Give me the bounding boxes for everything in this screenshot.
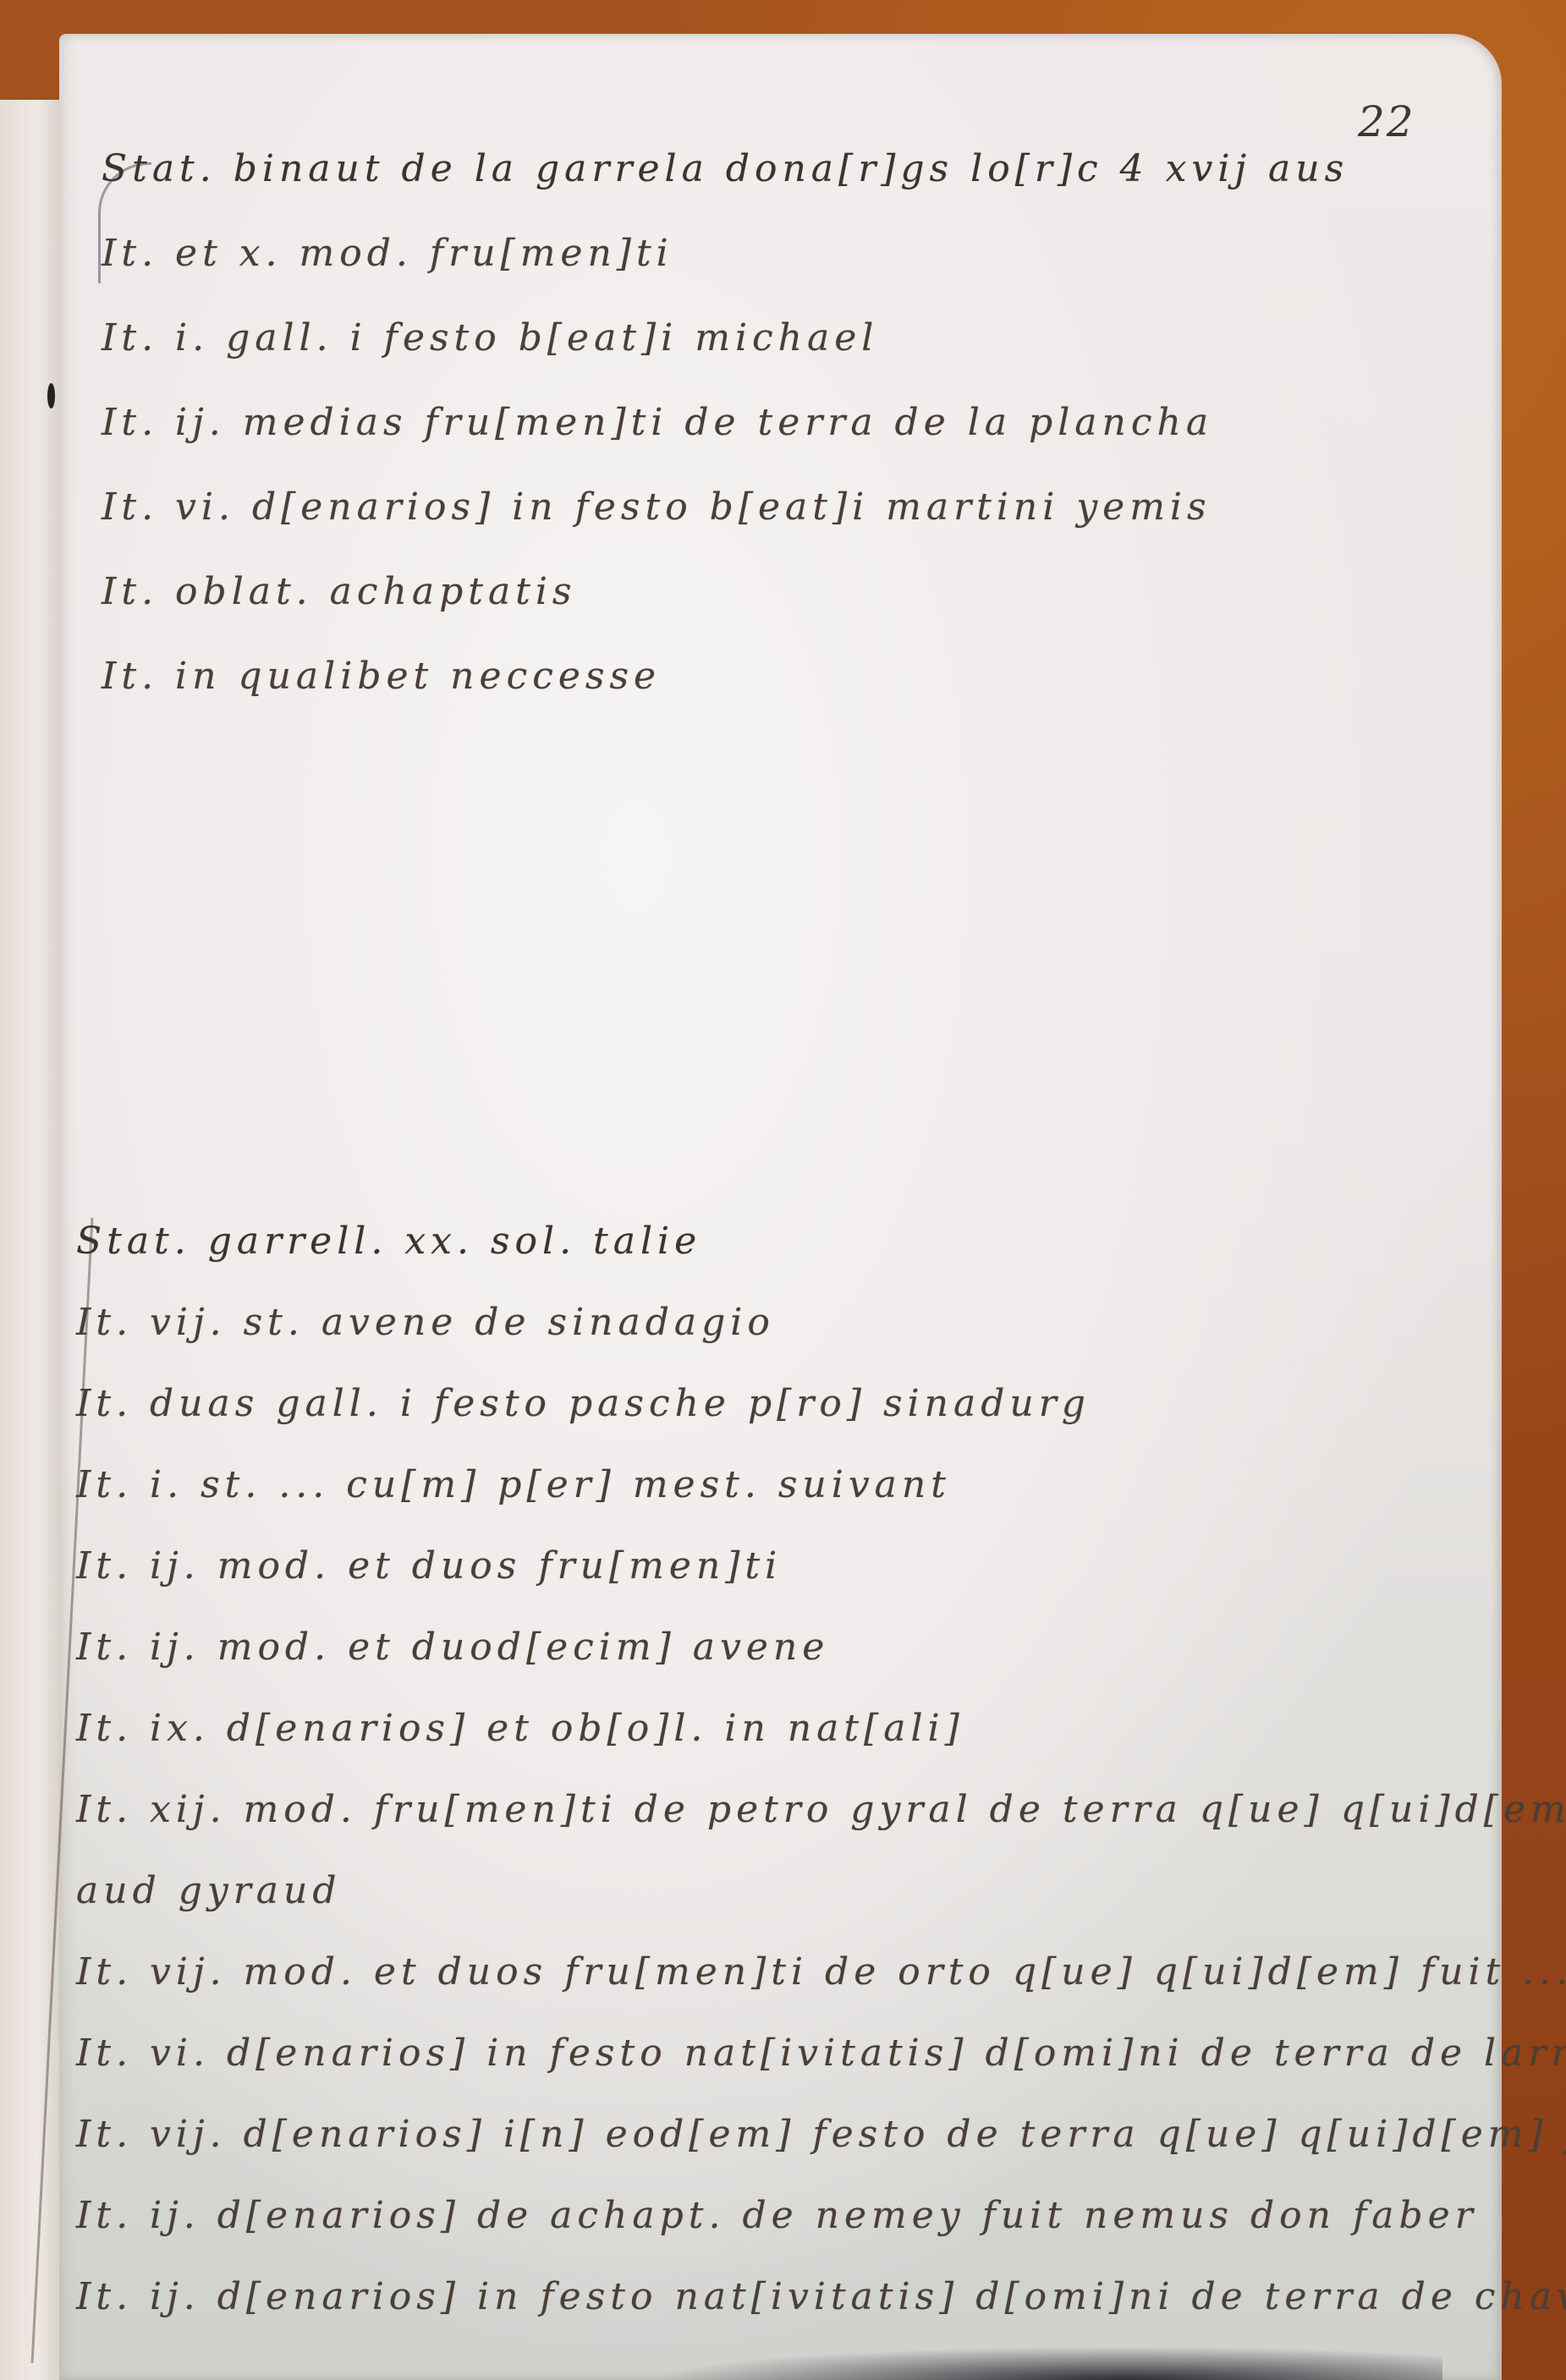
entry-block-2: Stat. garrell. xx. sol. talie It. vij. s…: [76, 1201, 1514, 2338]
entry-line: It. vij. st. avene de sinadagio: [76, 1282, 1514, 1363]
entry-line: It. vi. d[enarios] in festo b[eat]i mart…: [102, 465, 1455, 550]
entry-line: It. ij. d[enarios] in festo nat[ivitatis…: [76, 2257, 1514, 2338]
entry-line: It. i. st. ... cu[m] p[er] mest. suivant: [76, 1445, 1514, 1526]
entry-line: It. oblat. achaptatis: [102, 550, 1455, 634]
entry-line: It. et x. mod. fru[men]ti: [102, 211, 1455, 296]
entry-line: Stat. binaut de la garrela dona[r]gs lo[…: [102, 127, 1455, 211]
gutter-ink-blot: [47, 383, 55, 409]
entry-line: It. ij. d[enarios] de achapt. de nemey f…: [76, 2175, 1514, 2257]
page-bottom-shadow: [651, 2346, 1442, 2380]
entry-line: It. vij. mod. et duos fru[men]ti de orto…: [76, 1932, 1514, 2013]
entry-block-1: Stat. binaut de la garrela dona[r]gs lo[…: [102, 127, 1455, 719]
entry-line: It. ij. medias fru[men]ti de terra de la…: [102, 381, 1455, 465]
entry-line: It. i. gall. i festo b[eat]i michael: [102, 296, 1455, 381]
entry-line: It. ij. mod. et duod[ecim] avene: [76, 1607, 1514, 1688]
entry-line: aud gyraud: [76, 1851, 1514, 1932]
facing-page-edge: [0, 100, 63, 2380]
entry-line: It. vi. d[enarios] in festo nat[ivitatis…: [76, 2013, 1514, 2094]
entry-line: It. in qualibet neccesse: [102, 634, 1455, 719]
entry-line: It. vij. d[enarios] i[n] eod[em] festo d…: [76, 2094, 1514, 2175]
entry-line: It. ix. d[enarios] et ob[o]l. in nat[ali…: [76, 1688, 1514, 1769]
entry-line: Stat. garrell. xx. sol. talie: [76, 1201, 1514, 1282]
entry-line: It. xij. mod. fru[men]ti de petro gyral …: [76, 1769, 1514, 1851]
entry-line: It. ij. mod. et duos fru[men]ti: [76, 1526, 1514, 1607]
entry-line: It. duas gall. i festo pasche p[ro] sina…: [76, 1363, 1514, 1445]
manuscript-folio: 22 Stat. binaut de la garrela dona[r]gs …: [59, 34, 1502, 2380]
